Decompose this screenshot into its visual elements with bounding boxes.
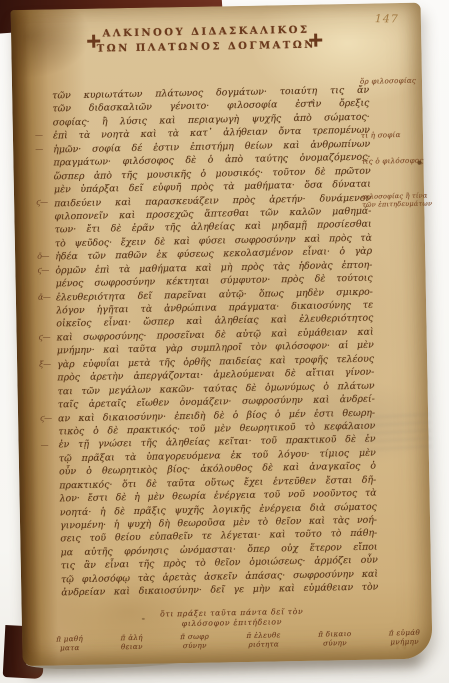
paragraph-mark: — (35, 144, 55, 153)
ink-speck (417, 161, 421, 165)
chapter-heading: π̄ ἐλευθε ριότητα (246, 631, 281, 649)
marginal-note: τίς ὁ φιλόσοφος (361, 157, 421, 166)
chapter-heading-bottom: ματα (56, 644, 83, 653)
chapter-heading: π̄ δικαιο σύνην (318, 630, 352, 648)
manuscript-photo: ΑΛΚΙΝΟΟΥ ΔΙΔΑΣΚΑΛΙΚΟΣ ΤΩΝ ΠΛΑΤΩΝΟΣ ΔΟΓΜΑ… (0, 0, 449, 683)
marginal-note: τί ἡ σοφία (361, 131, 421, 140)
paragraph-mark: — (41, 440, 61, 449)
paragraph-mark: ō— (37, 251, 57, 260)
folio-number: 147 (375, 12, 399, 25)
parchment-page: ΑΛΚΙΝΟΟΥ ΔΙΔΑΣΚΑΛΙΚΟΣ ΤΩΝ ΠΛΑΤΩΝΟΣ ΔΟΓΜΑ… (11, 3, 433, 666)
subscription: ὅτι πράξει ταῦτα πάντα δεῖ τὸν φιλόσοφον… (132, 606, 332, 629)
chapter-heading-row: π̄ μαθή ματα π̄ ἀλή θειαν π̄ σωφρ σύνην … (56, 629, 420, 653)
paragraph-mark: ξ— (39, 359, 59, 368)
manuscript-title: ΑΛΚΙΝΟΟΥ ΔΙΔΑΣΚΑΛΙΚΟΣ ΤΩΝ ΠΛΑΤΩΝΟΣ ΔΟΓΜΑ… (81, 22, 332, 57)
marginal-note: τῶν ἐπιτηδευμάτων (362, 200, 422, 209)
marginal-note: ὅρ φιλοσοφίας (360, 77, 420, 86)
paragraph-mark: — (35, 130, 55, 139)
paragraph-mark: ϛ— (37, 265, 57, 274)
paragraph-mark: ϛ— (39, 332, 59, 341)
chapter-heading-bottom: θειαν (121, 642, 143, 651)
chapter-heading: π̄ μαθή ματα (56, 635, 83, 653)
faint-folio-offset: 147 (395, 642, 416, 651)
erased-marginal-note (358, 413, 432, 451)
paragraph-mark: ϛ— (36, 197, 56, 206)
chapter-heading: π̄ σωφρ σύνην (180, 633, 209, 651)
chapter-heading-bottom: σύνην (180, 641, 209, 650)
ink-speck (310, 101, 313, 104)
chapter-heading-bottom: ριότητα (247, 640, 281, 649)
paragraph-mark: ϛ— (40, 413, 60, 422)
chapter-heading: π̄ ἀλή θειαν (120, 634, 143, 652)
main-text-block: τῶν κυριωτάτων πλάτωνος δογμάτων· τοιαύτ… (52, 84, 378, 600)
title-line-2: ΤΩΝ ΠΛΑΤΩΝΟΣ ΔΟΓΜΑΤΩΝ (81, 37, 331, 57)
chapter-heading-bottom: σύνην (318, 639, 351, 648)
paragraph-mark: ᾱ— (38, 292, 58, 301)
